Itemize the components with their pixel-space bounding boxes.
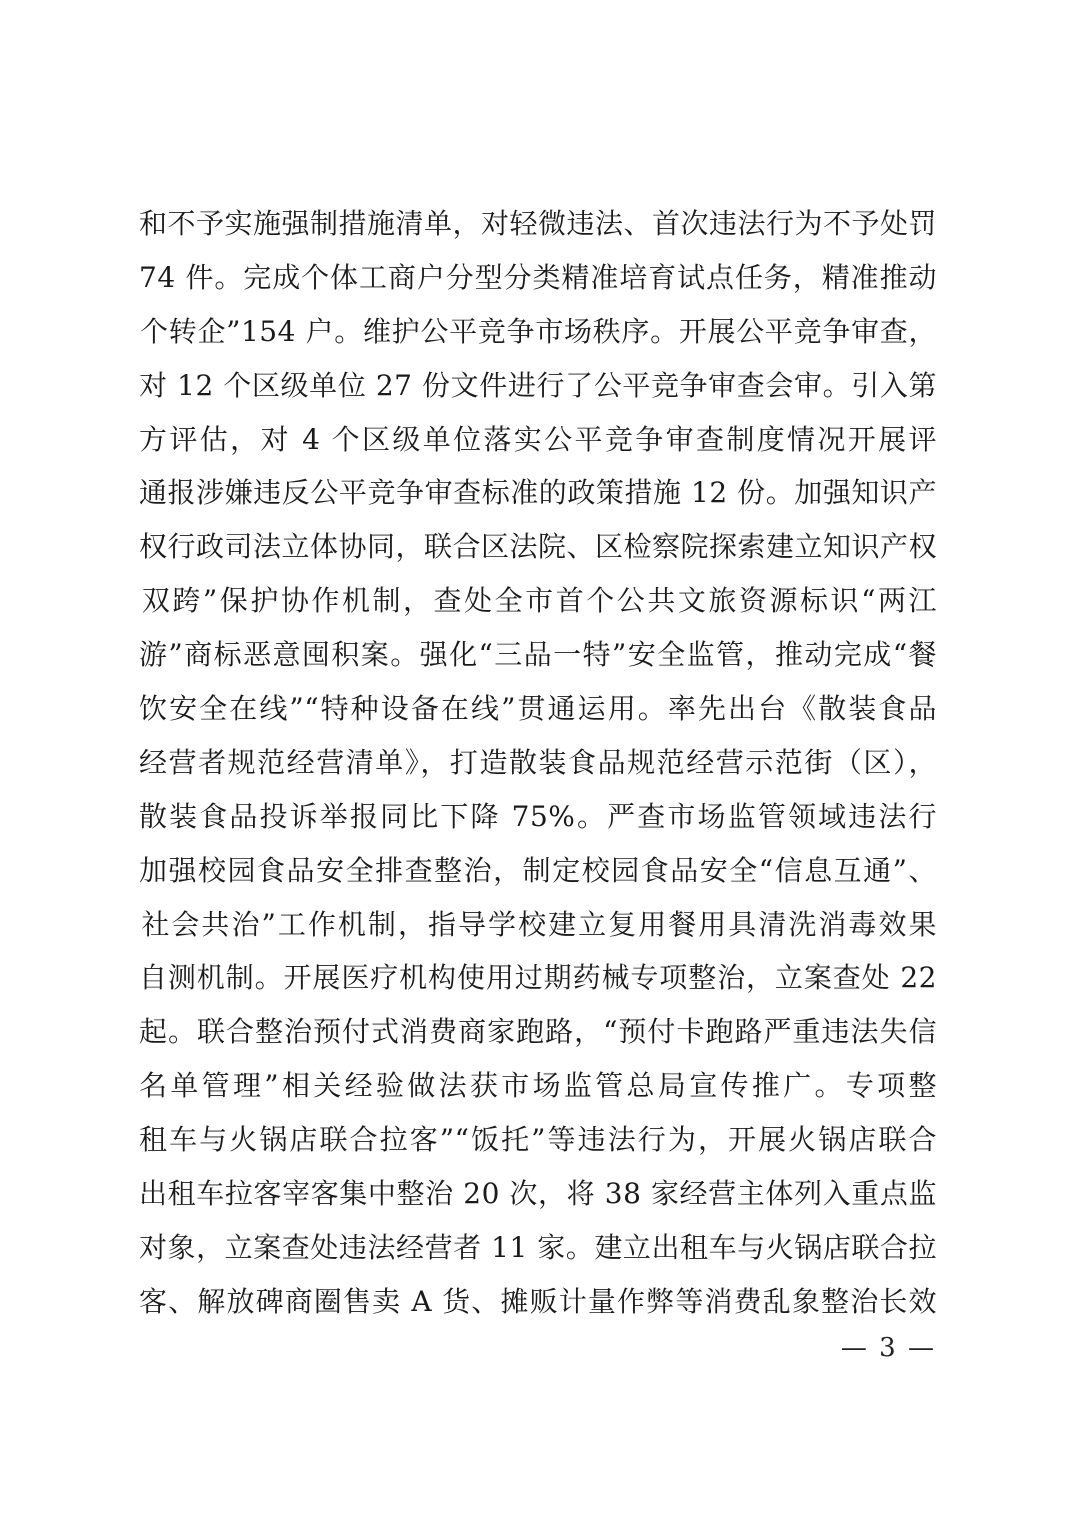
- document-page: 和不予实施强制措施清单，对轻微违法、首次违法行为不予处罚 74 件。完成个体工商…: [0, 0, 1074, 1520]
- text-line: 加强校园食品安全排查整治，制定校园食品安全“信息互通”、: [139, 844, 937, 898]
- text-line: “个转企”154 户。维护公平竞争市场秩序。开展公平竞争审查，: [139, 305, 937, 359]
- text-line: “双跨”保护协作机制，查处全市首个公共文旅资源标识“两江: [139, 574, 937, 628]
- text-line: 散装食品投诉举报同比下降 75%。严查市场监管领域违法行为。: [139, 790, 937, 844]
- text-line: 饮安全在线”“特种设备在线”贯通运用。率先出台《散装食品: [139, 682, 937, 736]
- text-line: 客、解放碑商圈售卖 A 货、摊贩计量作弊等消费乱象整治长效: [139, 1275, 937, 1329]
- text-line: 名单管理”相关经验做法获市场监管总局宣传推广。专项整治“出: [139, 1059, 937, 1113]
- text-line: 对 12 个区级单位 27 份文件进行了公平竞争审查会审。引入第三: [139, 359, 937, 413]
- text-line: 方评估，对 4 个区级单位落实公平竞争审查制度情况开展评估。: [139, 413, 937, 467]
- text-line: 游”商标恶意囤积案。强化“三品一特”安全监管，推动完成“餐: [139, 628, 937, 682]
- page-number: — 3 —: [0, 1333, 936, 1363]
- text-line: 和不予实施强制措施清单，对轻微违法、首次违法行为不予处罚: [139, 197, 937, 251]
- text-line: 出租车拉客宰客集中整治 20 次，将 38 家经营主体列入重点监管: [139, 1167, 937, 1221]
- text-line: 权行政司法立体协同，联合区法院、区检察院探索建立知识产权: [139, 520, 937, 574]
- text-line: “社会共治”工作机制，指导学校建立复用餐用具清洗消毒效果: [139, 898, 937, 952]
- text-line: 对象，立案查处违法经营者 11 家。建立出租车与火锅店联合拉: [139, 1221, 937, 1275]
- text-line: 经营者规范经营清单》，打造散装食品规范经营示范街（区），: [139, 736, 937, 790]
- text-line: 自测机制。开展医疗机构使用过期药械专项整治，立案查处 22: [139, 951, 937, 1005]
- page-body: 和不予实施强制措施清单，对轻微违法、首次违法行为不予处罚 74 件。完成个体工商…: [139, 197, 937, 1329]
- text-line: 起。联合整治预付式消费商家跑路，“预付卡跑路严重违法失信: [139, 1005, 937, 1059]
- text-line: 通报涉嫌违反公平竞争审查标准的政策措施 12 份。加强知识产: [139, 466, 937, 520]
- text-line: 租车与火锅店联合拉客”“饭托”等违法行为，开展火锅店联合: [139, 1113, 937, 1167]
- text-line: 74 件。完成个体工商户分型分类精准培育试点任务，精准推动: [139, 251, 937, 305]
